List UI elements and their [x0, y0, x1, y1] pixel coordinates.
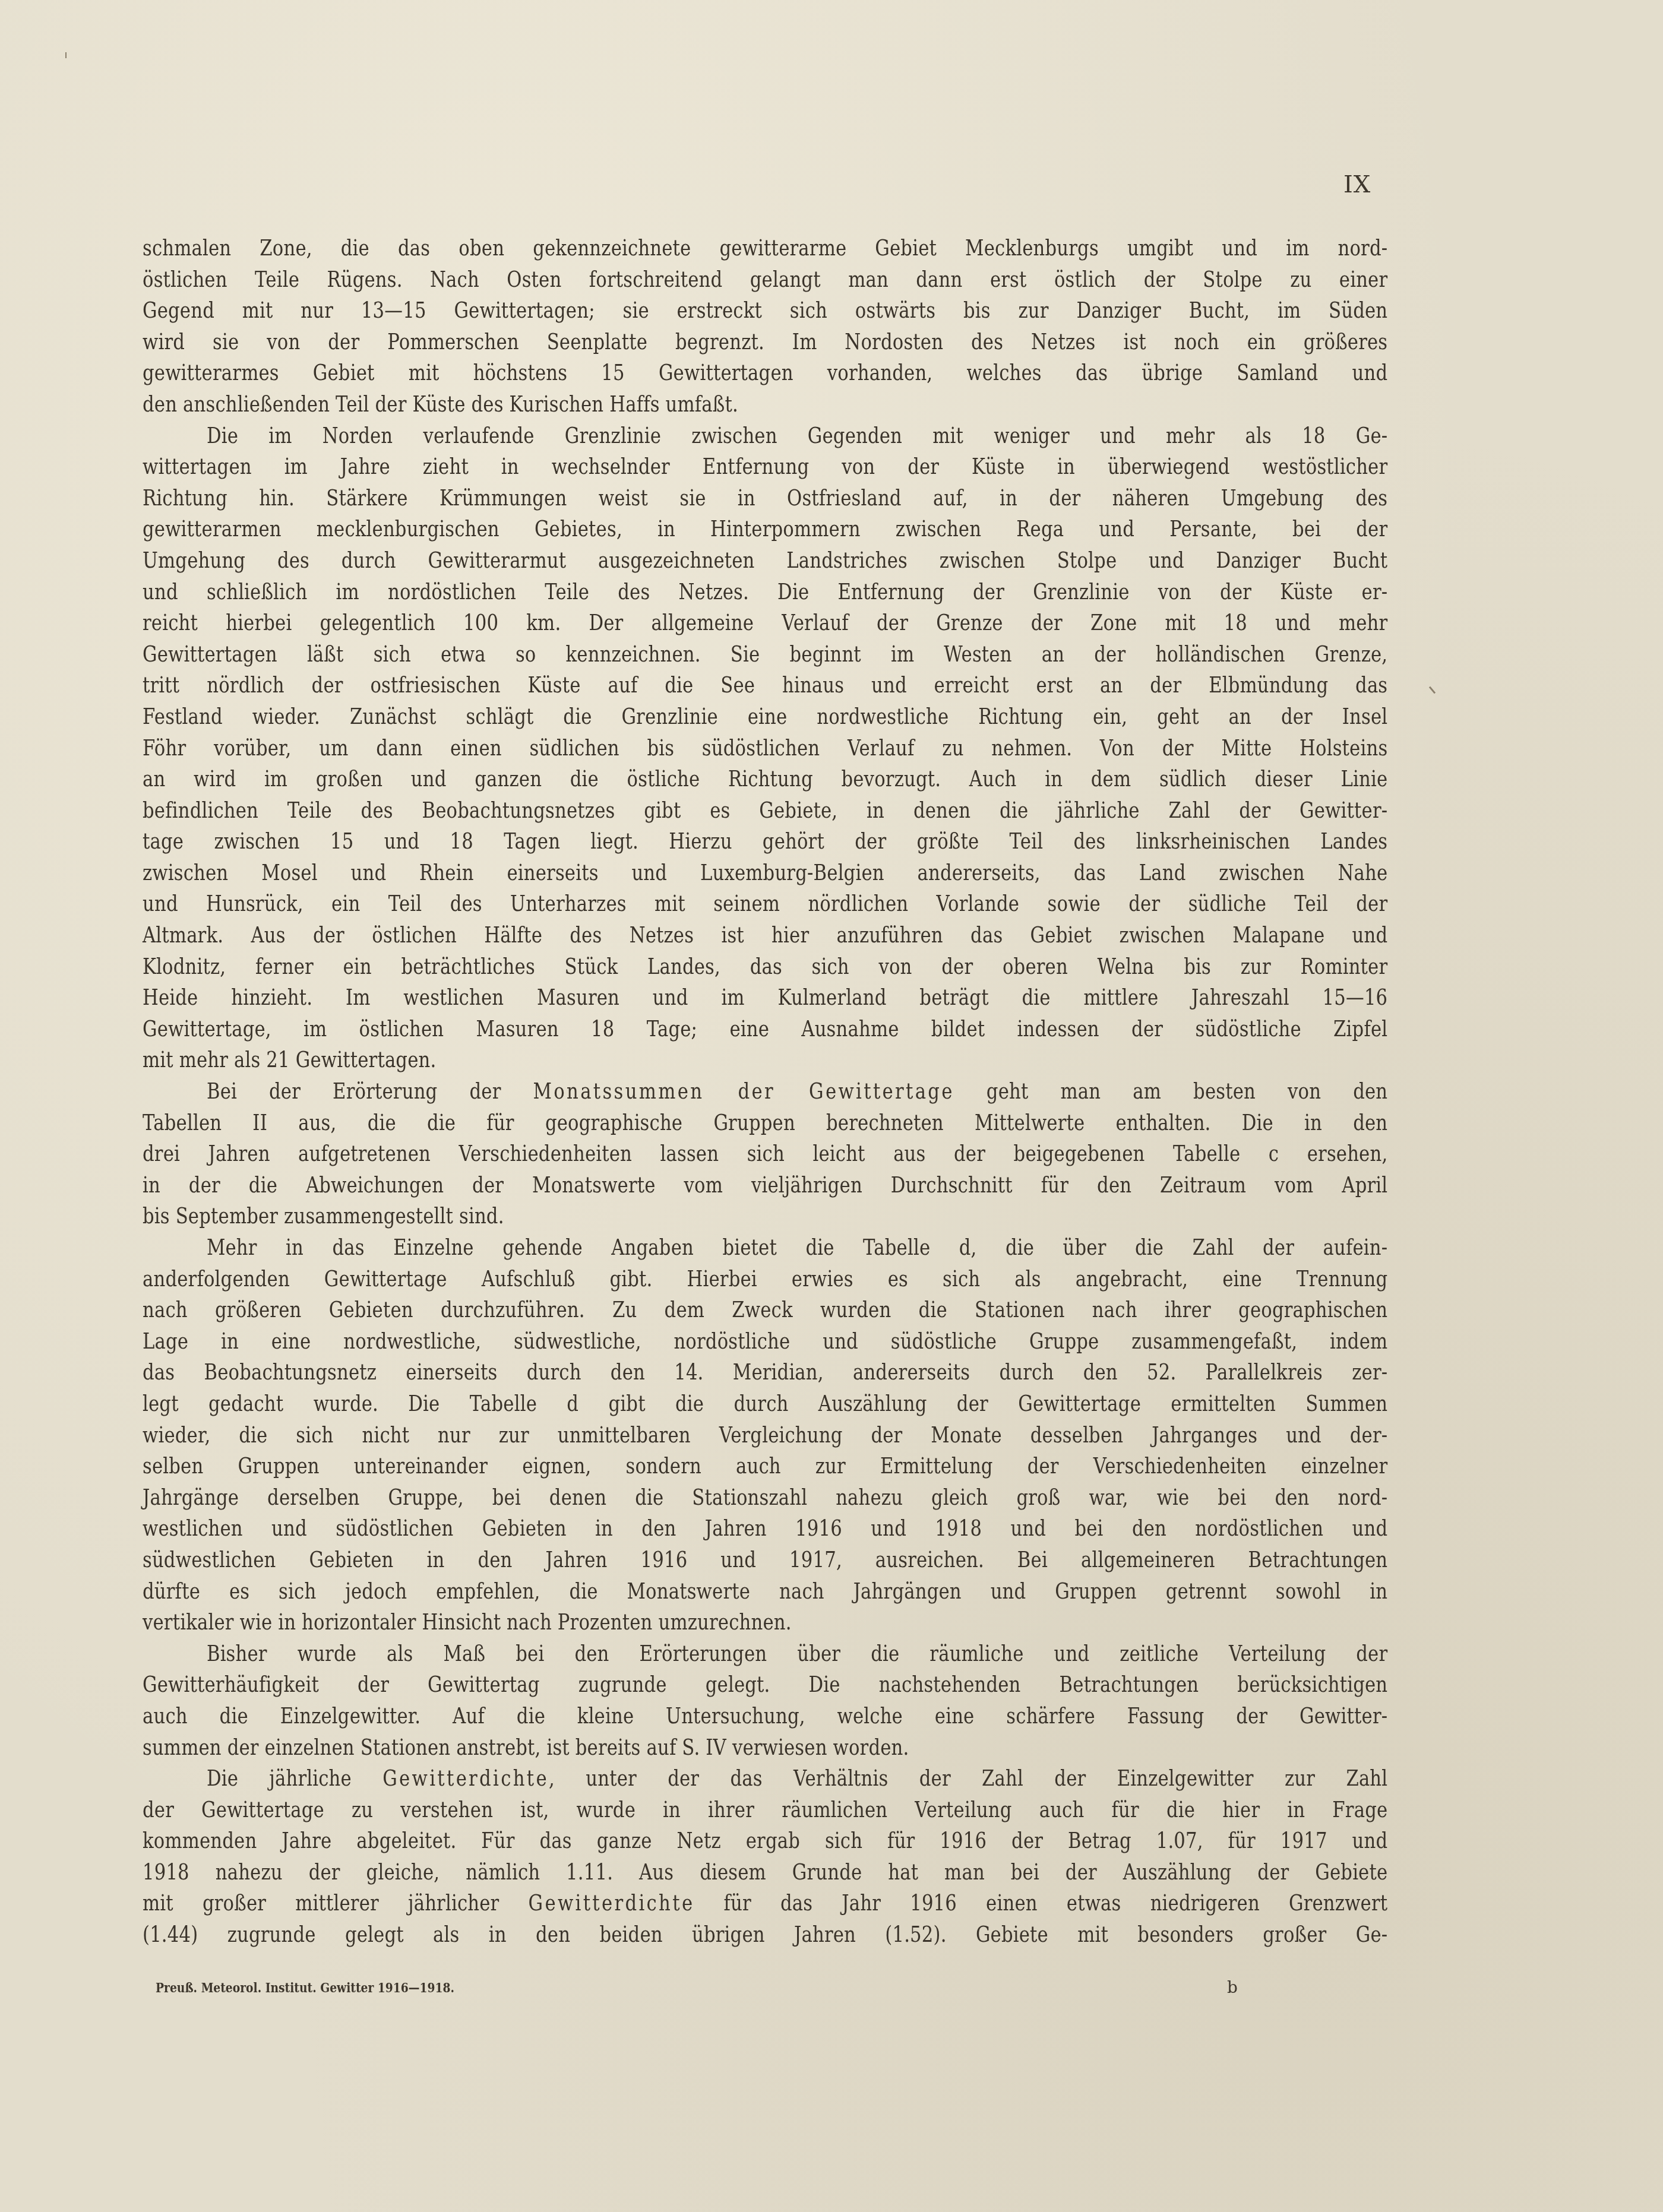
emphasized-term: Monatssummen der Gewittertage — [533, 1078, 954, 1104]
text-line: Bisher wurde als Maß bei den Erörterunge… — [143, 1638, 1387, 1670]
text-line: gewitterarmen mecklenburgischen Gebietes… — [143, 514, 1387, 545]
footer-publication: Preuß. Meteorol. Institut. Gewitter 1916… — [156, 1980, 454, 1996]
text-line: 1918 nahezu der gleiche, nämlich 1.11. A… — [143, 1857, 1387, 1888]
text-line: reicht hierbei gelegentlich 100 km. Der … — [143, 607, 1387, 639]
text-line: Festland wieder. Zunächst schlägt die Gr… — [143, 701, 1387, 733]
text-line: zwischen Mosel und Rhein einerseits und … — [143, 857, 1387, 889]
text-line: Mehr in das Einzelne gehende Angaben bie… — [143, 1232, 1387, 1264]
text-line: Die im Norden verlaufende Grenzlinie zwi… — [143, 420, 1387, 452]
text-line: westlichen und südöstlichen Gebieten in … — [143, 1513, 1387, 1545]
text-line: Tabellen II aus, die die für geographisc… — [143, 1107, 1387, 1139]
footer-signature-mark: b — [1227, 1977, 1238, 1997]
text-line: Die jährliche Gewitterdichte, unter der … — [143, 1763, 1387, 1795]
text-line: Heide hinzieht. Im westlichen Masuren un… — [143, 982, 1387, 1014]
body-text: schmalen Zone, die das oben gekennzeichn… — [143, 233, 1387, 1951]
paragraph-6: Die jährliche Gewitterdichte, unter der … — [143, 1763, 1387, 1951]
emphasized-term: Gewitterdichte — [529, 1890, 695, 1916]
paragraph-4: Mehr in das Einzelne gehende Angaben bie… — [143, 1232, 1387, 1638]
text-line: Gewittertage, im östlichen Masuren 18 Ta… — [143, 1014, 1387, 1045]
text-line: wittertagen im Jahre zieht in wechselnde… — [143, 451, 1387, 483]
text-line: Klodnitz, ferner ein beträchtliches Stüc… — [143, 951, 1387, 983]
paragraph-5: Bisher wurde als Maß bei den Erörterunge… — [143, 1638, 1387, 1763]
text-line: schmalen Zone, die das oben gekennzeichn… — [143, 233, 1387, 264]
text-line: Föhr vorüber, um dann einen südlichen bi… — [143, 733, 1387, 764]
text-line: (1.44) zugrunde gelegt als in den beiden… — [143, 1919, 1387, 1951]
text-line: Altmark. Aus der östlichen Hälfte des Ne… — [143, 920, 1387, 951]
text-line: anderfolgenden Gewittertage Aufschluß gi… — [143, 1264, 1387, 1295]
text-line: an wird im großen und ganzen die östlich… — [143, 764, 1387, 795]
text-line: wieder, die sich nicht nur zur unmittelb… — [143, 1420, 1387, 1451]
text-line: tage zwischen 15 und 18 Tagen liegt. Hie… — [143, 826, 1387, 857]
text-line: Bei der Erörterung der Monatssummen der … — [143, 1076, 1387, 1107]
text-line: und schließlich im nordöstlichen Teile d… — [143, 577, 1387, 608]
text-line: nach größeren Gebieten durchzuführen. Zu… — [143, 1295, 1387, 1326]
text-line: tritt nördlich der ostfriesischen Küste … — [143, 670, 1387, 701]
text-line: südwestlichen Gebieten in den Jahren 191… — [143, 1545, 1387, 1576]
page-number: IX — [1343, 171, 1371, 198]
text-line: wird sie von der Pommerschen Seenplatte … — [143, 327, 1387, 358]
paragraph-3: Bei der Erörterung der Monatssummen der … — [143, 1076, 1387, 1232]
text-line: selben Gruppen untereinander eignen, son… — [143, 1451, 1387, 1482]
text-line: mit mehr als 21 Gewittertagen. — [143, 1045, 1387, 1076]
text-line: Gewitterhäufigkeit der Gewittertag zugru… — [143, 1669, 1387, 1701]
text-line: bis September zusammengestellt sind. — [143, 1201, 1387, 1232]
text-line: Gewittertagen läßt sich etwa so kennzeic… — [143, 639, 1387, 670]
text-line: den anschließenden Teil der Küste des Ku… — [143, 389, 1387, 420]
text-line: in der die Abweichungen der Monatswerte … — [143, 1170, 1387, 1201]
paragraph-1: schmalen Zone, die das oben gekennzeichn… — [143, 233, 1387, 420]
text-line: Richtung hin. Stärkere Krümmungen weist … — [143, 483, 1387, 514]
scan-speck — [1429, 686, 1436, 694]
text-line: Umgehung des durch Gewitterarmut ausgeze… — [143, 545, 1387, 577]
text-line: legt gedacht wurde. Die Tabelle d gibt d… — [143, 1388, 1387, 1420]
text-line: Jahrgänge derselben Gruppe, bei denen di… — [143, 1482, 1387, 1514]
text-line: dürfte es sich jedoch empfehlen, die Mon… — [143, 1576, 1387, 1607]
emphasized-term: Gewitterdichte — [382, 1765, 549, 1791]
text-line: kommenden Jahre abgeleitet. Für das ganz… — [143, 1825, 1387, 1857]
text-line: der Gewittertage zu verstehen ist, wurde… — [143, 1795, 1387, 1826]
text-line: östlichen Teile Rügens. Nach Osten forts… — [143, 264, 1387, 296]
text-line: Lage in eine nordwestliche, südwestliche… — [143, 1326, 1387, 1357]
paragraph-2: Die im Norden verlaufende Grenzlinie zwi… — [143, 420, 1387, 1076]
text-line: befindlichen Teile des Beobachtungsnetze… — [143, 795, 1387, 827]
text-line: summen der einzelnen Stationen anstrebt,… — [143, 1732, 1387, 1764]
text-line: gewitterarmes Gebiet mit höchstens 15 Ge… — [143, 357, 1387, 389]
scan-speck — [65, 52, 67, 58]
text-line: und Hunsrück, ein Teil des Unterharzes m… — [143, 888, 1387, 920]
text-line: auch die Einzelgewitter. Auf die kleine … — [143, 1701, 1387, 1732]
text-line: vertikaler wie in horizontaler Hinsicht … — [143, 1607, 1387, 1638]
text-line: Gegend mit nur 13—15 Gewittertagen; sie … — [143, 295, 1387, 327]
text-line: das Beobachtungsnetz einerseits durch de… — [143, 1357, 1387, 1388]
text-line: mit großer mittlerer jährlicher Gewitter… — [143, 1888, 1387, 1919]
text-line: drei Jahren aufgetretenen Verschiedenhei… — [143, 1138, 1387, 1170]
